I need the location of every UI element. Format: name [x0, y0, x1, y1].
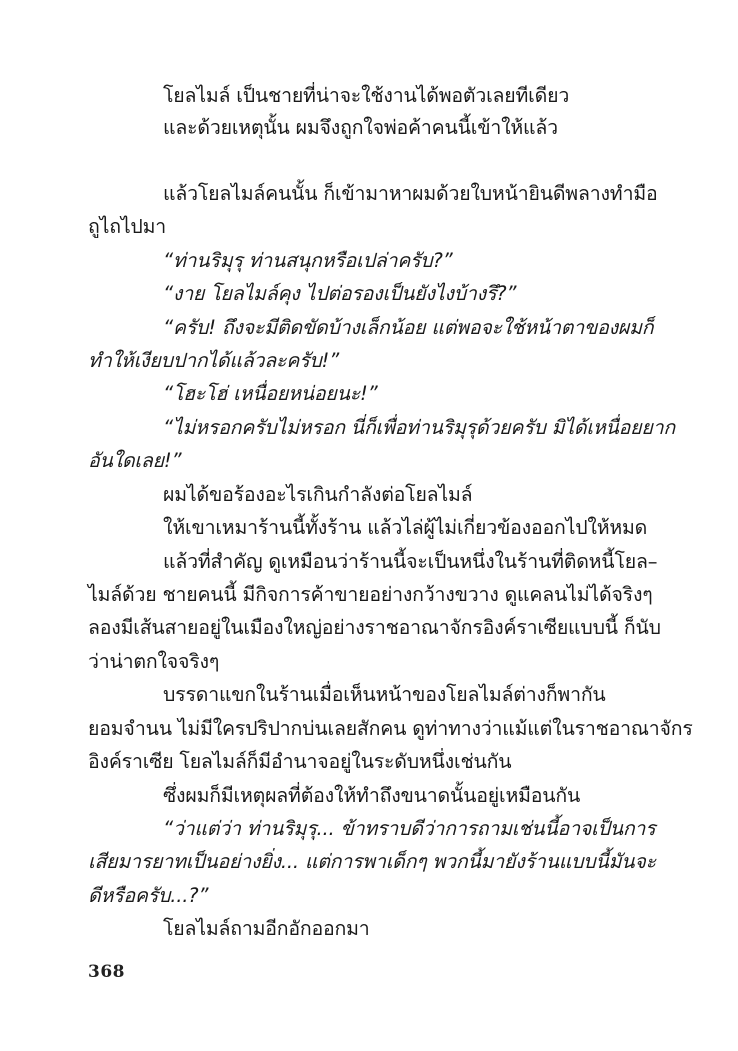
text-line: ยอมจำนน ไม่มีใครปริปากบ่นเลยสักคน ดูท่าท…: [88, 717, 693, 741]
dialogue-line: ทำให้เงียบปากได้แล้วละครับ!”: [88, 349, 339, 373]
dialogue-line: “ครับ! ถึงจะมีติดขัดบ้างเล็กน้อย แต่พอจะ…: [163, 316, 653, 340]
dialogue-line: “ไม่หรอกครับไม่หรอก นี่ก็เพื่อท่านริมุรุ…: [163, 416, 675, 440]
dialogue-line: “ท่านริมุรุ ท่านสนุกหรือเปล่าครับ?”: [163, 249, 453, 273]
text-line: บรรดาแขกในร้านเมื่อเห็นหน้าของโยลไมล์ต่า…: [163, 683, 606, 707]
text-line: ว่าน่าตกใจจริงๆ: [88, 650, 219, 674]
text-line: โยลไมล์ เป็นชายที่น่าจะใช้งานได้พอตัวเลย…: [163, 84, 569, 108]
text-line: ลองมีเส้นสายอยู่ในเมืองใหญ่อย่างราชอาณาจ…: [88, 616, 661, 640]
text-line: อิงค์ราเซีย โยลไมล์ก็มีอำนาจอยู่ในระดับห…: [88, 750, 511, 774]
text-line: ถูไถไปมา: [88, 215, 166, 239]
dialogue-line: “งาย โยลไมล์คุง ไปต่อรองเป็นยังไงบ้างรึ?…: [163, 282, 516, 306]
book-page: โยลไมล์ เป็นชายที่น่าจะใช้งานได้พอตัวเลย…: [0, 0, 738, 1051]
dialogue-line: อันใดเลย!”: [88, 449, 181, 473]
dialogue-line: “โฮะโฮ่ เหนื่อยหน่อยนะ!”: [163, 382, 378, 406]
dialogue-line: เสียมารยาทเป็นอย่างยิ่ง... แต่การพาเด็กๆ…: [88, 850, 656, 874]
text-line: ไมล์ด้วย ชายคนนี้ มีกิจการค้าขายอย่างกว้…: [88, 583, 653, 607]
text-line: ซึ่งผมก็มีเหตุผลที่ต้องให้ทำถึงขนาดนั้นอ…: [163, 784, 580, 808]
text-line: โยลไมล์ถามอีกอักออกมา: [163, 917, 370, 941]
text-line: ให้เขาเหมาร้านนี้ทั้งร้าน แล้วไล่ผู้ไม่เ…: [163, 516, 647, 540]
text-line: ผมได้ขอร้องอะไรเกินกำลังต่อโยลไมล์: [163, 483, 472, 507]
text-line: แล้วโยลไมล์คนนั้น ก็เข้ามาหาผมด้วยใบหน้า…: [163, 182, 658, 206]
text-line: แล้วที่สำคัญ ดูเหมือนว่าร้านนี้จะเป็นหนึ…: [163, 550, 657, 574]
dialogue-line: “ว่าแต่ว่า ท่านริมุรุ... ข้าทราบดีว่าการ…: [163, 817, 655, 841]
dialogue-line: ดีหรือครับ...?”: [88, 884, 208, 908]
page-number: 368: [88, 962, 125, 982]
text-line: และด้วยเหตุนั้น ผมจึงถูกใจพ่อค้าคนนี้เข้…: [163, 116, 558, 140]
